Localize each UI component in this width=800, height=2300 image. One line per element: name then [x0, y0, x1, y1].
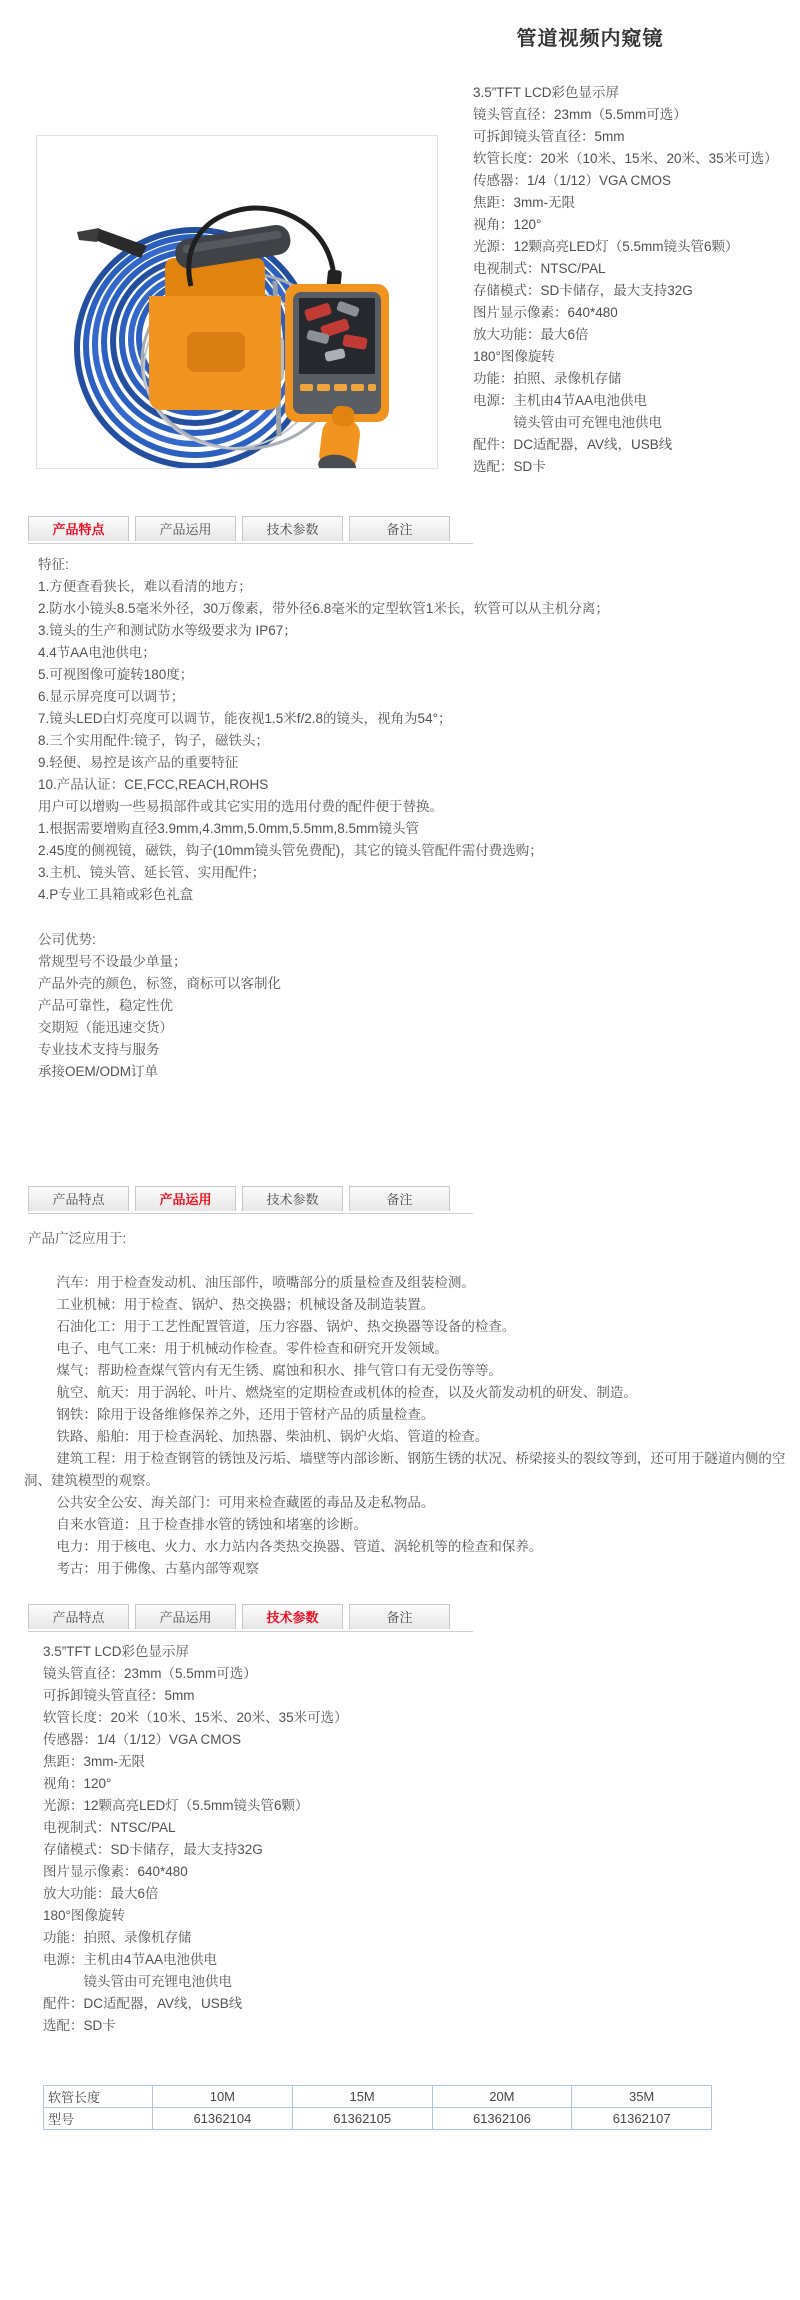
spec-line: 光源：12颗高亮LED灯（5.5mm镜头管6颗）	[473, 236, 800, 258]
tab-product-applications[interactable]: 产品运用	[135, 516, 236, 541]
model-number-table: 软管长度 10M 15M 20M 35M 型号 61362104 6136210…	[43, 2085, 712, 2130]
tab-product-features[interactable]: 产品特点	[28, 1604, 129, 1629]
company-advantage-line: 专业技术支持与服务	[38, 1039, 788, 1061]
application-line: 公共安全公安、海关部门：可用来检查藏匿的毒品及走私物品。	[24, 1492, 786, 1514]
spec-line: 放大功能：最大6倍	[473, 324, 800, 346]
feature-line: 1.根据需要增购直径3.9mm,4.3mm,5.0mm,5.5mm,8.5mm镜…	[38, 818, 788, 840]
feature-line: 9.轻便、易控是该产品的重要特征	[38, 752, 788, 774]
spec-line: 配件：DC适配器，AV线，USB线	[473, 434, 800, 456]
table-cell: 61362106	[432, 2108, 572, 2130]
tech-spec-line: 可拆卸镜头管直径：5mm	[43, 1685, 788, 1707]
company-advantage-line: 常规型号不设最少单量；	[38, 951, 788, 973]
tab-bar-features: 产品特点产品运用技术参数备注	[28, 516, 473, 544]
application-line: 电力：用于核电、火力、水力站内各类热交换器、管道、涡轮机等的检查和保养。	[24, 1536, 786, 1558]
table-cell: 型号	[44, 2108, 153, 2130]
page-title: 管道视频内窥镜	[400, 22, 780, 51]
feature-line: 4.P专业工具箱或彩色礼盒	[38, 884, 788, 906]
company-advantages-section: 公司优势: 常规型号不设最少单量；产品外壳的颜色，标签，商标可以客制化产品可靠性…	[38, 929, 788, 1083]
tech-spec-line: 视角：120°	[43, 1773, 788, 1795]
table-cell: 61362105	[292, 2108, 432, 2130]
tab-technical-parameters[interactable]: 技术参数	[242, 1186, 343, 1211]
table-cell: 61362104	[153, 2108, 293, 2130]
tech-spec-line: 存储模式：SD卡储存，最大支持32G	[43, 1839, 788, 1861]
spec-line: 电源：主机由4节AA电池供电	[473, 390, 800, 412]
tech-spec-line: 180°图像旋转	[43, 1905, 788, 1927]
application-line: 工业机械：用于检查、锅炉、热交换器；机械设备及制造装置。	[24, 1294, 786, 1316]
table-cell: 61362107	[572, 2108, 712, 2130]
feature-line: 8.三个实用配件:镜子，钩子，磁铁头；	[38, 730, 788, 752]
tab-bar-tech-params: 产品特点产品运用技术参数备注	[28, 1604, 473, 1632]
application-line: 汽车：用于检查发动机、油压部件，喷嘴部分的质量检查及组装检测。	[24, 1272, 786, 1294]
spec-line: 选配：SD卡	[473, 456, 800, 478]
tab-technical-parameters[interactable]: 技术参数	[242, 1604, 343, 1629]
tech-spec-line: 放大功能：最大6倍	[43, 1883, 788, 1905]
feature-line: 6.显示屏亮度可以调节；	[38, 686, 788, 708]
table-cell: 15M	[292, 2086, 432, 2108]
application-line: 铁路、船舶：用于检查涡轮、加热器、柴油机、锅炉火焰、管道的检查。	[24, 1426, 786, 1448]
spec-line: 焦距：3mm-无限	[473, 192, 800, 214]
application-line: 考古：用于佛像、古墓内部等观察	[24, 1558, 786, 1580]
tech-spec-line: 光源：12颗高亮LED灯（5.5mm镜头管6颗）	[43, 1795, 788, 1817]
application-line: 自来水管道：且于检查排水管的锈蚀和堵塞的诊断。	[24, 1514, 786, 1536]
endoscope-illustration	[37, 136, 437, 468]
features-section: 特征: 1.方便查看狭长，难以看清的地方；2.防水小镜头8.5毫米外径，30万像…	[38, 554, 788, 906]
tech-spec-line: 传感器：1/4（1/12）VGA CMOS	[43, 1729, 788, 1751]
application-line: 钢铁：除用于设备维修保养之外，还用于管材产品的质量检查。	[24, 1404, 786, 1426]
feature-line: 3.镜头的生产和测试防水等级要求为 IP67；	[38, 620, 788, 642]
tech-spec-line: 3.5”TFT LCD彩色显示屏	[43, 1641, 788, 1663]
application-line: 建筑工程：用于检查钢管的锈蚀及污垢、墙壁等内部诊断、钢筋生锈的状况、桥梁接头的裂…	[24, 1448, 786, 1492]
applications-section: 产品广泛应用于: 汽车：用于检查发动机、油压部件，喷嘴部分的质量检查及组装检测。…	[24, 1228, 786, 1580]
table-cell: 20M	[432, 2086, 572, 2108]
tech-spec-line: 软管长度：20米（10米、15米、20米、35米可选）	[43, 1707, 788, 1729]
company-advantage-line: 交期短（能迅速交货）	[38, 1017, 788, 1039]
table-cell: 35M	[572, 2086, 712, 2108]
table-row: 型号 61362104 61362105 61362106 61362107	[44, 2108, 712, 2130]
feature-line: 7.镜头LED白灯亮度可以调节，能夜视1.5米f/2.8的镜头，视角为54°；	[38, 708, 788, 730]
table-row: 软管长度 10M 15M 20M 35M	[44, 2086, 712, 2108]
tech-spec-line: 焦距：3mm-无限	[43, 1751, 788, 1773]
tech-spec-line: 镜头管直径：23mm（5.5mm可选）	[43, 1663, 788, 1685]
tab-bar-applications: 产品特点产品运用技术参数备注	[28, 1186, 473, 1214]
tech-spec-line: 选配：SD卡	[43, 2015, 788, 2037]
company-advantage-line: 承接OEM/ODM订单	[38, 1061, 788, 1083]
spec-line: 镜头管由可充锂电池供电	[473, 412, 800, 434]
tech-spec-line: 电视制式：NTSC/PAL	[43, 1817, 788, 1839]
application-line: 石油化工：用于工艺性配置管道，压力容器、锅炉、热交换器等设备的检查。	[24, 1316, 786, 1338]
table-cell: 软管长度	[44, 2086, 153, 2108]
tab-product-applications[interactable]: 产品运用	[135, 1604, 236, 1629]
feature-line: 5.可视图像可旋转180度；	[38, 664, 788, 686]
tech-specs-section: 3.5”TFT LCD彩色显示屏镜头管直径：23mm（5.5mm可选）可拆卸镜头…	[43, 1641, 788, 2037]
spec-line: 电视制式：NTSC/PAL	[473, 258, 800, 280]
tab-product-features[interactable]: 产品特点	[28, 1186, 129, 1211]
spec-line: 功能：拍照、录像机存储	[473, 368, 800, 390]
spec-line: 可拆卸镜头管直径：5mm	[473, 126, 800, 148]
feature-line: 3.主机、镜头管、延长管、实用配件；	[38, 862, 788, 884]
spec-line: 软管长度：20米（10米、15米、20米、35米可选）	[473, 148, 800, 170]
tab-technical-parameters[interactable]: 技术参数	[242, 516, 343, 541]
feature-line: 1.方便查看狭长，难以看清的地方；	[38, 576, 788, 598]
tab-product-features[interactable]: 产品特点	[28, 516, 129, 541]
company-advantage-line: 产品可靠性，稳定性优	[38, 995, 788, 1017]
tech-spec-line: 镜头管由可充锂电池供电	[43, 1971, 788, 1993]
tech-spec-line: 电源：主机由4节AA电池供电	[43, 1949, 788, 1971]
feature-line: 10.产品认证：CE,FCC,REACH,ROHS	[38, 774, 788, 796]
spec-line: 视角：120°	[473, 214, 800, 236]
application-line: 航空、航天：用于涡轮、叶片、燃烧室的定期检查或机体的检查，以及火箭发动机的研发、…	[24, 1382, 786, 1404]
tech-spec-line: 功能：拍照、录像机存储	[43, 1927, 788, 1949]
table-cell: 10M	[153, 2086, 293, 2108]
tab-remarks[interactable]: 备注	[349, 1604, 450, 1629]
spec-line: 180°图像旋转	[473, 346, 800, 368]
product-image	[36, 135, 438, 469]
tab-product-applications[interactable]: 产品运用	[135, 1186, 236, 1211]
feature-line: 2.防水小镜头8.5毫米外径，30万像素，带外径6.8毫米的定型软管1米长，软管…	[38, 598, 788, 620]
spec-line: 3.5”TFT LCD彩色显示屏	[473, 82, 800, 104]
company-advantage-line: 产品外壳的颜色，标签，商标可以客制化	[38, 973, 788, 995]
tab-remarks[interactable]: 备注	[349, 516, 450, 541]
tech-spec-line: 配件：DC适配器，AV线，USB线	[43, 1993, 788, 2015]
application-line: 电子、电气工来：用于机械动作检查。零件检查和研究开发领域。	[24, 1338, 786, 1360]
feature-line: 4.4节AA电池供电；	[38, 642, 788, 664]
spec-line: 镜头管直径：23mm（5.5mm可选）	[473, 104, 800, 126]
applications-heading: 产品广泛应用于:	[28, 1228, 786, 1250]
feature-line: 用户可以增购一些易损部件或其它实用的选用付费的配件便于替换。	[38, 796, 788, 818]
tab-remarks[interactable]: 备注	[349, 1186, 450, 1211]
spec-line: 传感器：1/4（1/12）VGA CMOS	[473, 170, 800, 192]
feature-line: 2.45度的侧视镜，磁铁，钩子(10mm镜头管免费配)，其它的镜头管配件需付费选…	[38, 840, 788, 862]
spec-summary-list: 3.5”TFT LCD彩色显示屏镜头管直径：23mm（5.5mm可选）可拆卸镜头…	[473, 82, 800, 478]
spec-line: 存储模式：SD卡储存，最大支持32G	[473, 280, 800, 302]
company-heading: 公司优势:	[38, 929, 788, 951]
spec-line: 图片显示像素：640*480	[473, 302, 800, 324]
tech-spec-line: 图片显示像素：640*480	[43, 1861, 788, 1883]
features-heading: 特征:	[38, 554, 788, 576]
application-line: 煤气：帮助检查煤气管内有无生锈、腐蚀和积水、排气管口有无受伤等等。	[24, 1360, 786, 1382]
